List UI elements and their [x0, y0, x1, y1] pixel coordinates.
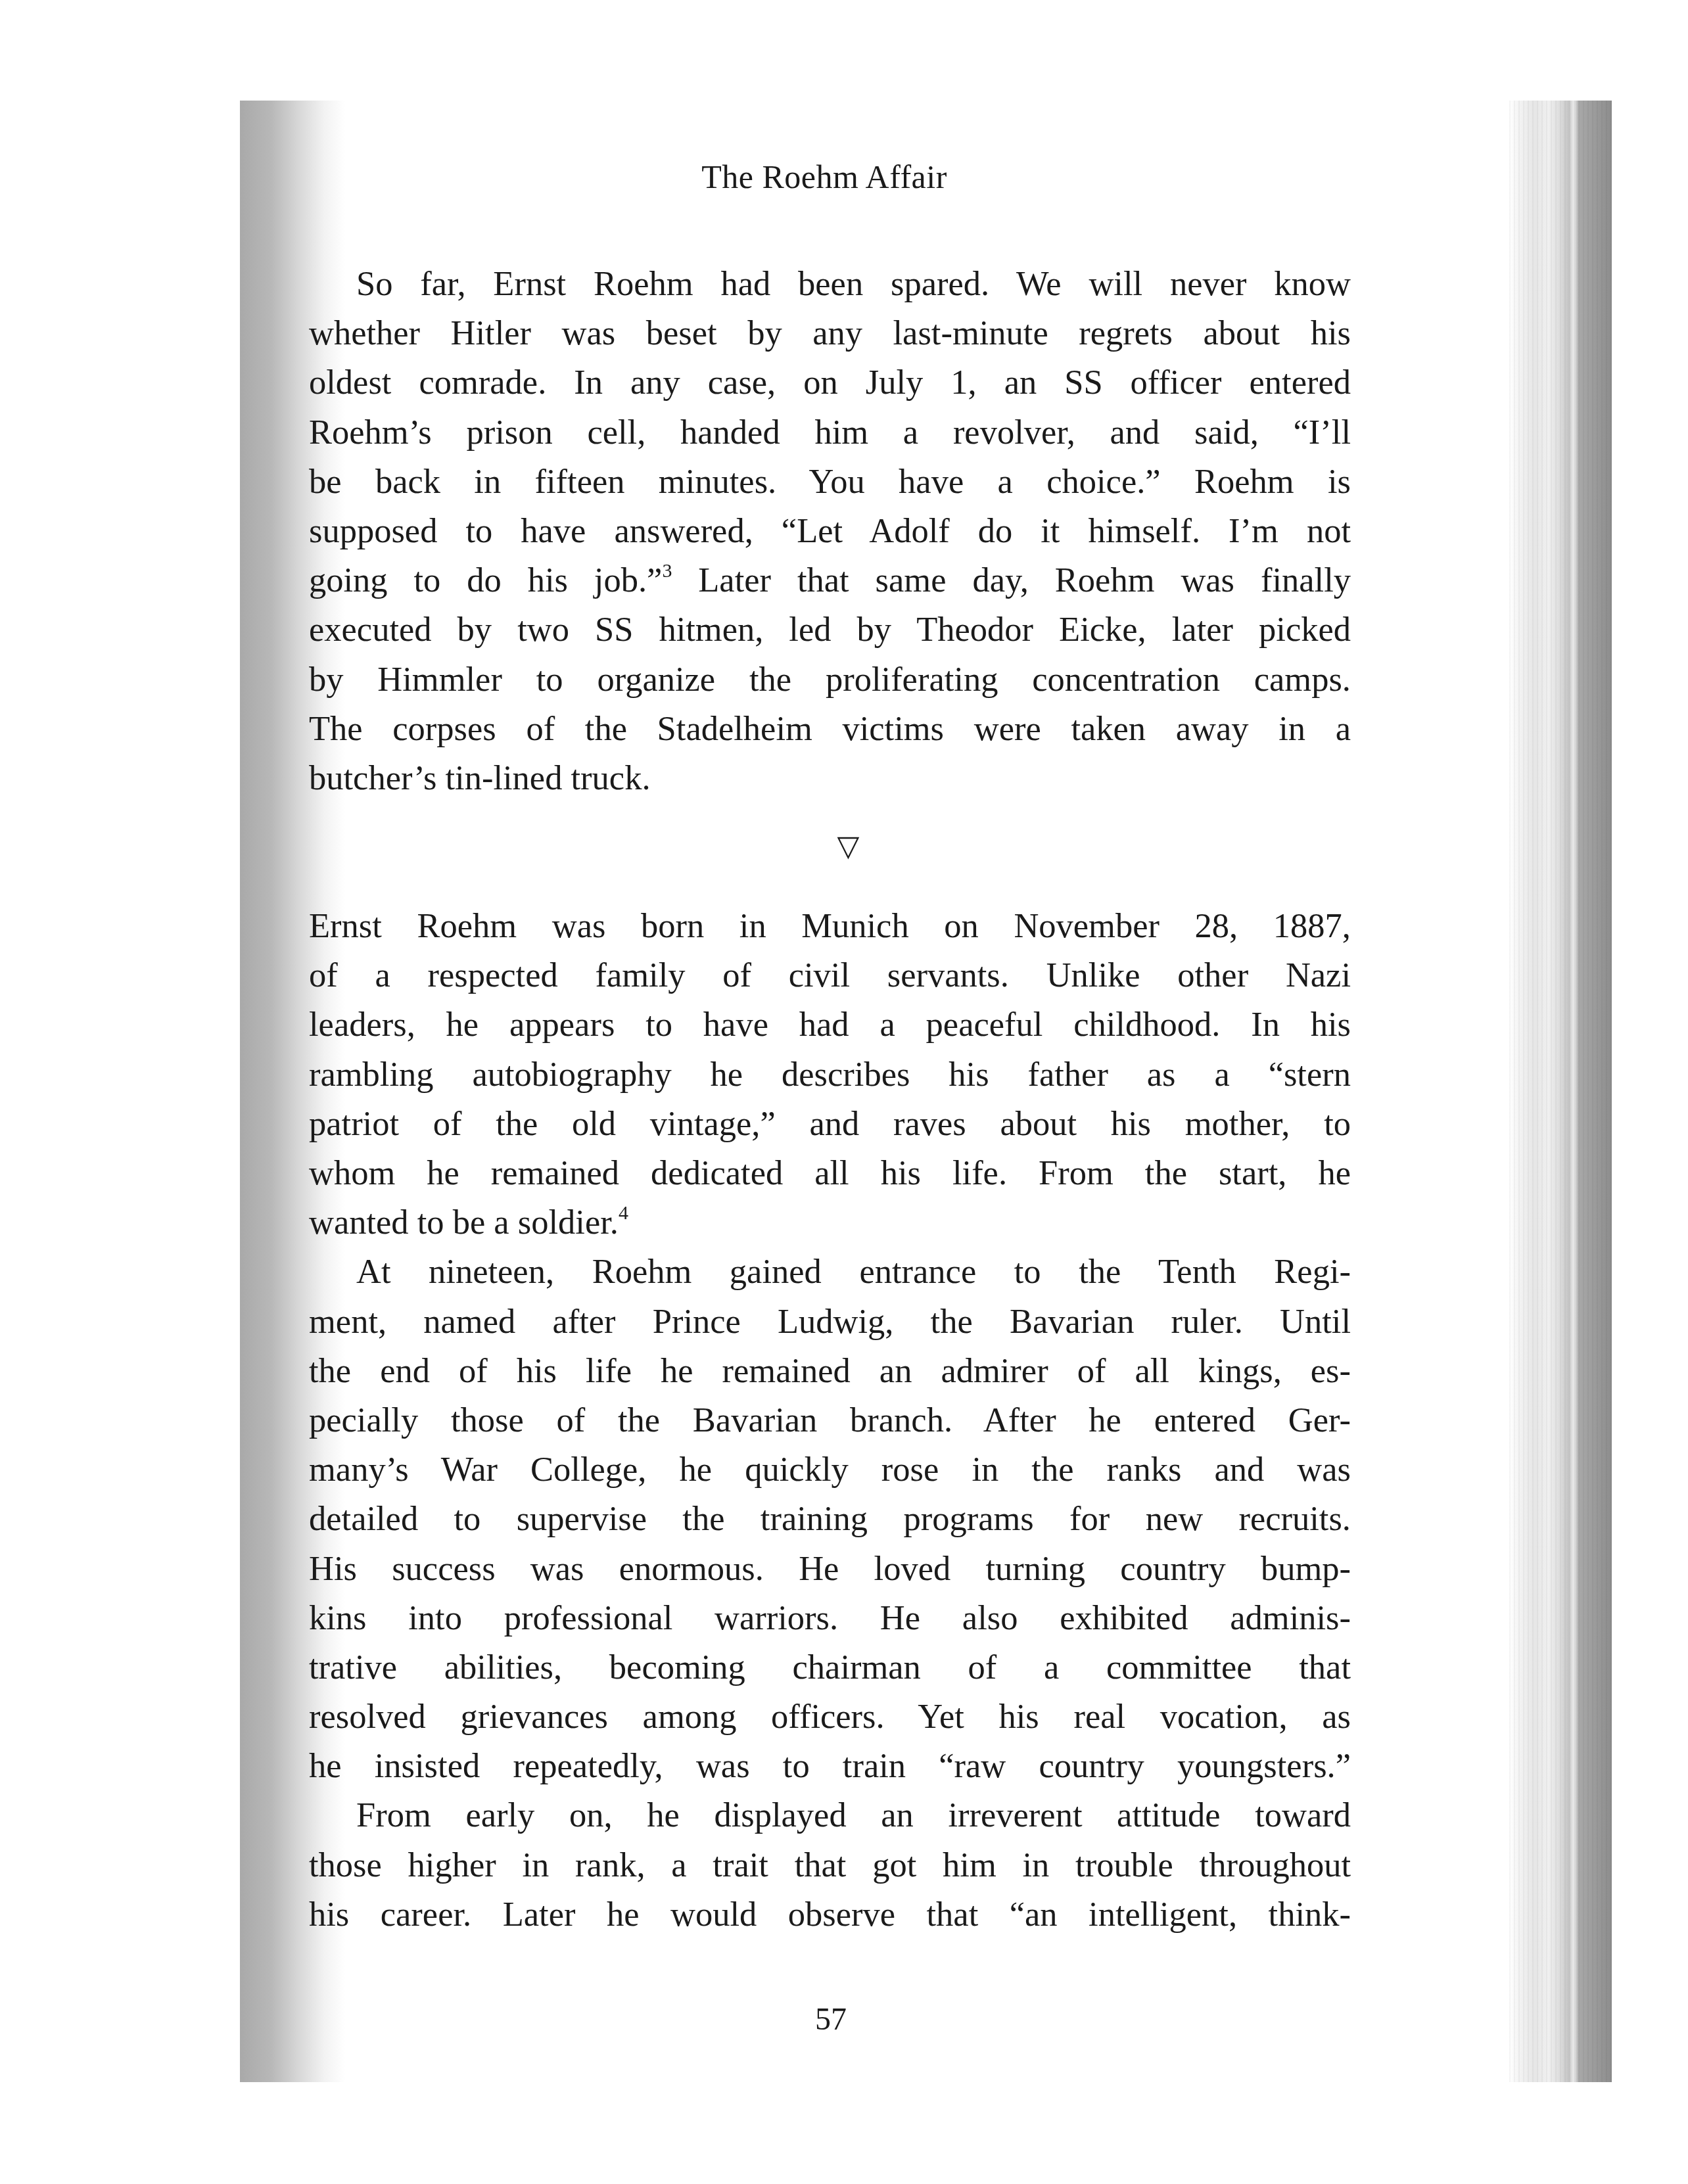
running-head: The Roehm Affair	[0, 158, 1668, 196]
text-line: leaders, he appears to have had a peacef…	[309, 1000, 1351, 1050]
paragraph: Ernst Roehm was born in Munich on Novemb…	[309, 902, 1351, 1247]
text-fragment: wanted to be a soldier.	[309, 1203, 619, 1242]
text-line: resolved grievances among officers. Yet …	[309, 1692, 1351, 1742]
text-line: many’s War College, he quickly rose in t…	[309, 1445, 1351, 1495]
paragraph: From early on, he displayed an irreveren…	[309, 1791, 1351, 1940]
paragraph: So far, Ernst Roehm had been spared. We …	[309, 260, 1351, 803]
text-line: oldest comrade. In any case, on July 1, …	[309, 358, 1351, 407]
page-edges-strip	[1509, 101, 1612, 2082]
text-line: by Himmler to organize the proliferating…	[309, 655, 1351, 705]
text-line-with-footnote: wanted to be a soldier.4	[309, 1198, 1351, 1247]
text-line: From early on, he displayed an irreveren…	[309, 1791, 1351, 1840]
text-line: ment, named after Prince Ludwig, the Bav…	[309, 1297, 1351, 1347]
text-line: rambling autobiography he describes his …	[309, 1050, 1351, 1100]
text-line: butcher’s tin-lined truck.	[309, 754, 1351, 803]
text-line: kins into professional warriors. He also…	[309, 1594, 1351, 1643]
text-line: supposed to have answered, “Let Adolf do…	[309, 507, 1351, 556]
text-line: trative abilities, becoming chairman of …	[309, 1643, 1351, 1692]
text-line: So far, Ernst Roehm had been spared. We …	[309, 260, 1351, 309]
text-line: patriot of the old vintage,” and raves a…	[309, 1100, 1351, 1149]
paragraph: At nineteen, Roehm gained entrance to th…	[309, 1247, 1351, 1791]
triangle-down-icon: ▽	[837, 807, 860, 886]
page-number: 57	[0, 2001, 1675, 2037]
text-line-with-footnote: going to do his job.”3 Later that same d…	[309, 556, 1351, 605]
text-line: executed by two SS hitmen, led by Theodo…	[309, 605, 1351, 655]
text-line: whom he remained dedicated all his life.…	[309, 1149, 1351, 1198]
text-line: pecially those of the Bavarian branch. A…	[309, 1396, 1351, 1445]
body-text: So far, Ernst Roehm had been spared. We …	[309, 260, 1351, 1940]
text-line: the end of his life he remained an admir…	[309, 1347, 1351, 1396]
text-line: his career. Later he would observe that …	[309, 1890, 1351, 1940]
footnote-ref[interactable]: 3	[662, 560, 672, 582]
text-line: His success was enormous. He loved turni…	[309, 1545, 1351, 1594]
text-fragment: Later that same day, Roehm was finally	[698, 561, 1351, 599]
text-line: Roehm’s prison cell, handed him a revolv…	[309, 408, 1351, 457]
footnote-ref[interactable]: 4	[619, 1202, 628, 1224]
text-fragment: going to do his job.”	[309, 561, 662, 599]
text-line: The corpses of the Stadelheim victims we…	[309, 705, 1351, 754]
text-line: he insisted repeatedly, was to train “ra…	[309, 1742, 1351, 1791]
text-line: Ernst Roehm was born in Munich on Novemb…	[309, 902, 1351, 951]
section-break: ▽	[309, 803, 1351, 902]
text-line: whether Hitler was beset by any last-min…	[309, 309, 1351, 358]
text-line: be back in fifteen minutes. You have a c…	[309, 457, 1351, 507]
text-line: those higher in rank, a trait that got h…	[309, 1841, 1351, 1890]
text-line: At nineteen, Roehm gained entrance to th…	[309, 1247, 1351, 1297]
text-line: detailed to supervise the training progr…	[309, 1495, 1351, 1544]
text-line: of a respected family of civil servants.…	[309, 951, 1351, 1000]
